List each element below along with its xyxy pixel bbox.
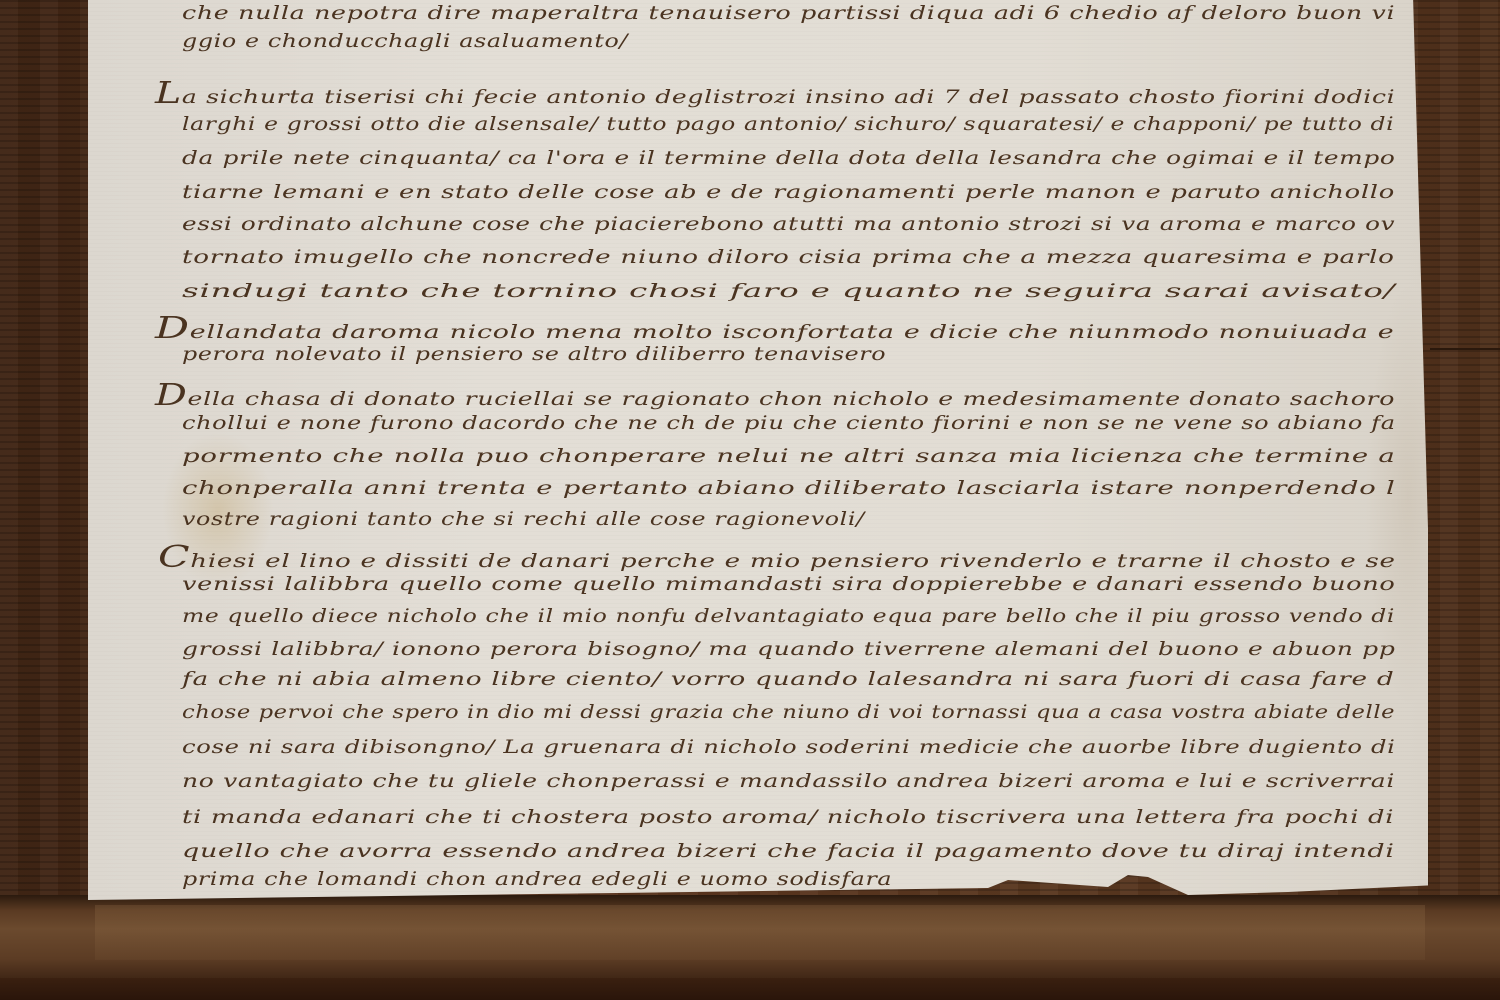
wood-seam <box>1430 348 1500 350</box>
manuscript-line: prima che lomandi chon andrea edegli e u… <box>182 868 892 890</box>
manuscript-line: da prile nete cinquanta/ ca l'ora e il t… <box>182 147 1395 169</box>
manuscript-line: essi ordinato alchune cose che piaciereb… <box>182 213 1395 235</box>
manuscript-line: fa che ni abia almeno libre ciento/ vorr… <box>182 668 1394 690</box>
manuscript-line: me quello diece nicholo che il mio nonfu… <box>182 605 1395 627</box>
manuscript-line: perora nolevato il pensiero se altro dil… <box>182 343 886 365</box>
manuscript-line: larghi e grossi otto die alsensale/ tutt… <box>182 113 1394 135</box>
manuscript-line: Dellandata daroma nicolo mena molto isco… <box>155 311 1394 346</box>
manuscript-line: vostre ragioni tanto che si rechi alle c… <box>182 508 865 530</box>
manuscript-line: chonperalla anni trenta e pertanto abian… <box>182 477 1395 499</box>
manuscript-line: pormento che nolla puo chonperare nelui … <box>182 445 1396 467</box>
manuscript-line: Chiesi el lino e dissiti de danari perch… <box>158 540 1396 575</box>
manuscript-line: Della chasa di donato ruciellai se ragio… <box>155 378 1395 413</box>
manuscript-line: cose ni sara dibisongno/ La gruenara di … <box>182 736 1396 758</box>
manuscript-line: venissi lalibbra quello come quello mima… <box>182 573 1395 595</box>
manuscript-line: La sichurta tiserisi chi fecie antonio d… <box>155 76 1395 111</box>
shelf-reflection <box>95 905 1425 960</box>
manuscript-line: grossi lalibbra/ ionono perora bisogno/ … <box>182 638 1396 660</box>
manuscript-line: chose pervoi che spero in dio mi dessi g… <box>182 701 1395 723</box>
manuscript-line: ggio e chonducchagli asaluamento/ <box>182 30 628 52</box>
manuscript-line: che nulla nepotra dire maperaltra tenaui… <box>182 2 1395 24</box>
manuscript-line: sindugi tanto che tornino chosi faro e q… <box>182 280 1395 302</box>
shelf-edge <box>0 978 1500 1000</box>
manuscript-line: ti manda edanari che ti chostera posto a… <box>182 806 1394 828</box>
manuscript-line: tornato imugello che noncrede niuno dilo… <box>182 246 1395 268</box>
manuscript-line: no vantagiato che tu gliele chonperassi … <box>182 770 1395 792</box>
manuscript-line: tiarne lemani e en stato delle cose ab e… <box>182 181 1395 203</box>
manuscript-line: quello che avorra essendo andrea bizeri … <box>182 840 1395 862</box>
manuscript-line: chollui e none furono dacordo che ne ch … <box>182 412 1396 434</box>
